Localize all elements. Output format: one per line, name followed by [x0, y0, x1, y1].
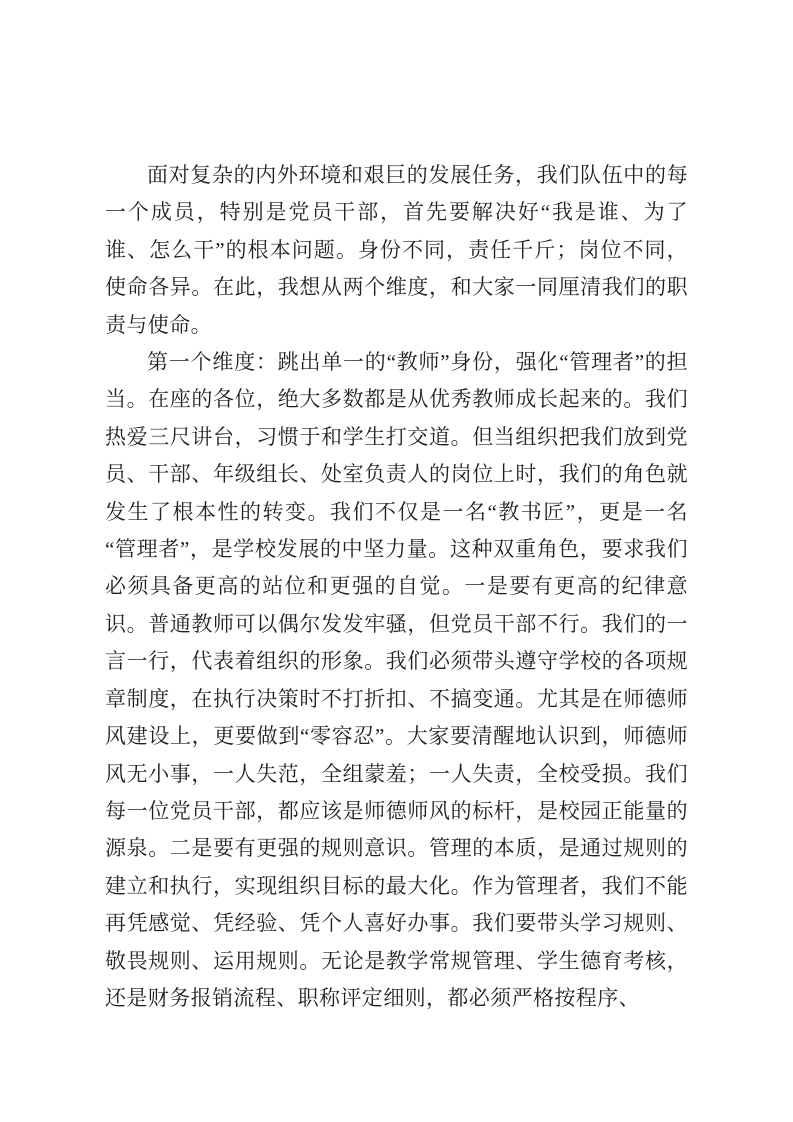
- document-page: 面对复杂的内外环境和艰巨的发展任务，我们队伍中的每一个成员，特别是党员干部，首先…: [0, 0, 793, 1122]
- paragraph-intro: 面对复杂的内外环境和艰巨的发展任务，我们队伍中的每一个成员，特别是党员干部，首先…: [105, 157, 688, 344]
- paragraph-first-dimension: 第一个维度：跳出单一的“教师”身份，强化“管理者”的担当。在座的各位，绝大多数都…: [105, 344, 688, 1017]
